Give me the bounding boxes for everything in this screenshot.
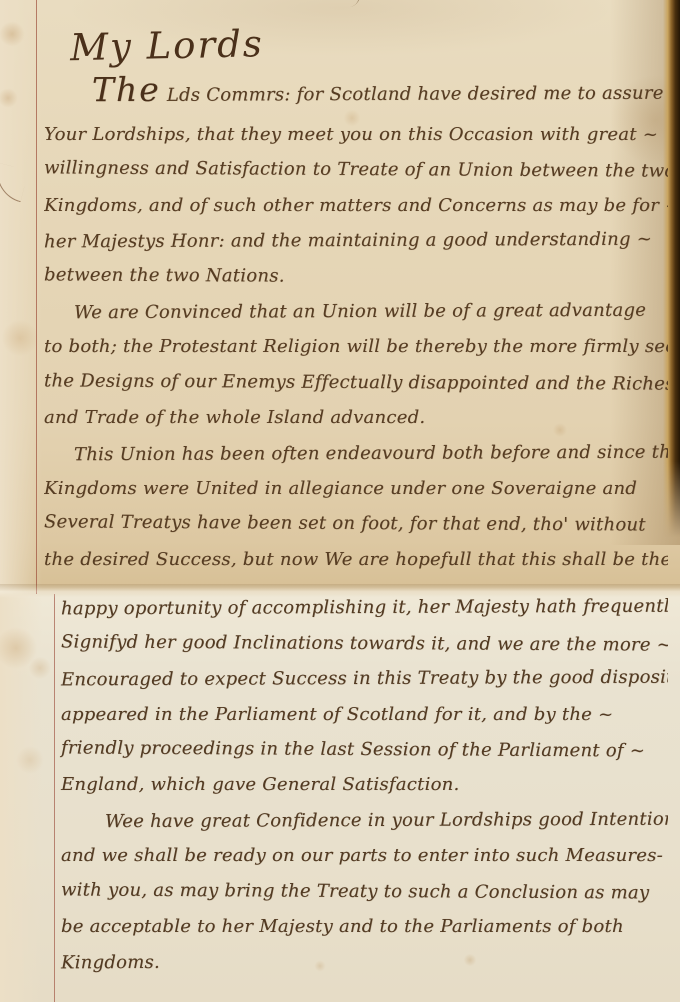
- manuscript-line: Encouraged to expect Success in this Tre…: [61, 660, 668, 698]
- manuscript-line: Several Treatys have been set on foot, f…: [44, 505, 668, 544]
- manuscript-line: happy oportunity of accomplishing it, he…: [61, 589, 668, 627]
- manuscript-line: England, which gave General Satisfaction…: [61, 767, 668, 802]
- manuscript-line: and we shall be ready on our parts to en…: [61, 838, 668, 873]
- salutation-heading: My Lords: [70, 14, 668, 70]
- paragraph: We are Convinced that an Union will be o…: [44, 294, 668, 436]
- manuscript-line: be acceptable to her Majesty and to the …: [61, 909, 668, 944]
- manuscript-line: to both; the Protestant Religion will be…: [44, 329, 668, 364]
- ink-flourish-mark: [0, 163, 29, 203]
- manuscript-line: Your Lordships, that they meet you on th…: [44, 117, 668, 152]
- manuscript-content: My Lords TheLds Commrs: for Scotland hav…: [44, 12, 668, 1002]
- manuscript-page: My Lords TheLds Commrs: for Scotland hav…: [0, 0, 680, 1002]
- manuscript-line: We are Convinced that an Union will be o…: [44, 293, 668, 331]
- manuscript-line: Kingdoms were United in allegiance under…: [44, 471, 668, 506]
- paragraph: Wee have great Confidence in your Lordsh…: [44, 803, 668, 980]
- manuscript-line: This Union has been often endeavourd bot…: [44, 434, 668, 472]
- manuscript-line: Kingdoms, and of such other matters and …: [44, 188, 668, 223]
- manuscript-line: willingness and Satisfaction to Treate o…: [44, 151, 668, 190]
- manuscript-line: TheLds Commrs: for Scotland have desired…: [44, 66, 668, 119]
- paragraph: This Union has been often endeavourd bot…: [44, 436, 668, 803]
- manuscript-line: Kingdoms.: [61, 943, 668, 981]
- manuscript-line: Wee have great Confidence in your Lordsh…: [61, 801, 668, 839]
- manuscript-line: with you, as may bring the Treaty to suc…: [61, 872, 668, 911]
- manuscript-line: the Designs of our Enemys Effectually di…: [44, 363, 668, 402]
- drop-cap-word: The: [92, 70, 167, 109]
- manuscript-line: the desired Success, but now We are hope…: [44, 542, 668, 577]
- manuscript-line: and Trade of the whole Island advanced.: [44, 400, 668, 435]
- manuscript-line: Signifyd her good Inclinations towards i…: [61, 624, 668, 663]
- margin-rule-upper-sheet: [36, 0, 37, 594]
- cropped-ink-stroke: [347, 0, 362, 7]
- manuscript-line: friendly proceedings in the last Session…: [61, 730, 668, 769]
- manuscript-line: her Majestys Honr: and the maintaining a…: [44, 222, 668, 260]
- manuscript-body: TheLds Commrs: for Scotland have desired…: [44, 67, 668, 980]
- manuscript-line: between the two Nations.: [44, 257, 668, 296]
- paragraph: TheLds Commrs: for Scotland have desired…: [44, 67, 668, 294]
- manuscript-line: appeared in the Parliament of Scotland f…: [61, 697, 668, 732]
